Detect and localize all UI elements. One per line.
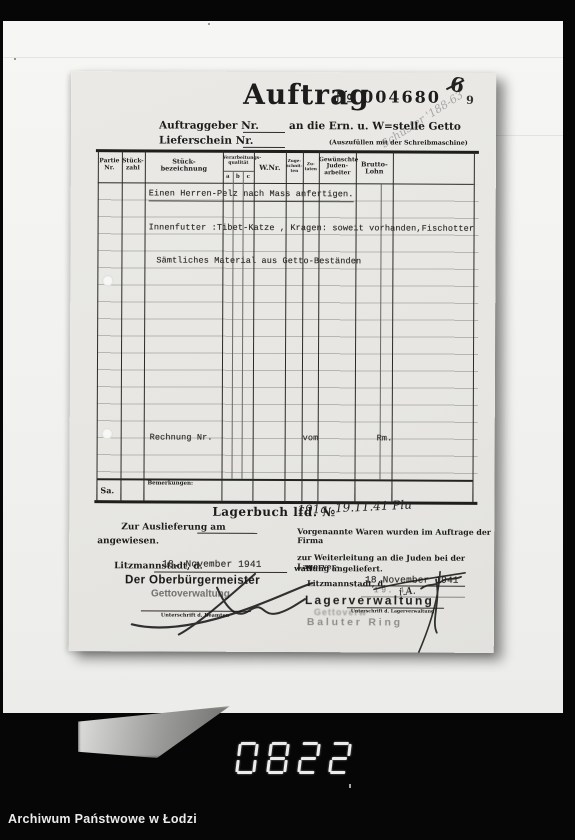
auftraggeber-label: Auftraggeber Nr. [159, 119, 259, 131]
table-vline-footer [143, 478, 144, 501]
table-vline-footer [354, 479, 355, 502]
lieferschein-label: Lieferschein Nr. [159, 134, 254, 146]
right-signature [435, 580, 438, 633]
table-vline-footer [96, 478, 97, 501]
dust-speck [14, 58, 16, 60]
corner-number-small: 9 [466, 94, 474, 107]
photo-stage: Auftrag № 004680 Schuster '188-63 6 9 Au… [0, 0, 575, 840]
counter-digit [266, 742, 290, 774]
col-subheader-a: a [223, 173, 233, 180]
dust-speck [208, 23, 210, 25]
sum-label: Sa. [100, 485, 114, 495]
qual-sub-rule [223, 171, 254, 172]
rechnung-label: Rechnung Nr. [150, 432, 213, 442]
counter-digit [235, 742, 259, 774]
firma-line-3: waltung angeliefert. [294, 564, 383, 573]
left-date-typed: 18. November 1941 [162, 558, 262, 569]
gettoverwaltung-stamp: Gettoverwaltung [151, 588, 230, 599]
left-signature-caption: Unterschrift d. Beamten [161, 612, 229, 618]
baluter-ring-stamp: Baluter Ring [307, 616, 403, 628]
copystand-wedge [78, 706, 230, 758]
col-subheader-c: c [243, 173, 254, 180]
table-vline-footer [472, 480, 473, 503]
col-subheader-b: b [233, 173, 243, 180]
counter-digit [297, 742, 321, 774]
col-header-partie: Partie Nr. [98, 158, 121, 172]
auftraggeber-blank-line [243, 132, 285, 133]
table-bottom-rule [94, 500, 477, 504]
col-header-zugeschnitten: Zuge- schnit- ten [286, 159, 303, 173]
col-header-judenarbeiter: Gewünschte Juden- arbeiter [319, 157, 356, 176]
punch-hole [102, 275, 113, 286]
col-header-wnr: W.Nr. [254, 165, 286, 172]
bemerkungen-label: Bemerkungen: [147, 480, 193, 486]
table-top-rule [96, 149, 479, 153]
table-vline-footer [120, 478, 121, 501]
counter-display [237, 742, 361, 776]
col-header-bezeichnung: Stück- bezeichnung [145, 158, 223, 172]
left-date-line [154, 571, 287, 573]
entry-line-1: Einen Herren-Pelz nach Mass anfertigen. [149, 188, 354, 199]
angewiesen-label: angewiesen. [97, 536, 159, 546]
col-header-zutaten: Zu- taten [303, 162, 319, 172]
punch-hole [102, 428, 113, 439]
rm-label: Rm. [377, 433, 393, 443]
doc-number: № 004680 [335, 87, 441, 106]
col-header-stueckzahl: Stück- zahl [121, 158, 145, 172]
auslieferung-label: Zur Auslieferung am [121, 522, 225, 532]
addressee-text: an die Ern. u. W=stelle Getto [289, 120, 461, 133]
vom-label: vom [303, 433, 319, 443]
entry-line-3: Sämtliches Material aus Getto-Beständen [156, 255, 361, 266]
crease-line [3, 57, 563, 58]
entry-line-1-text: Einen Herren-Pelz nach Mass anfertigen. [149, 188, 354, 201]
counter-speck [349, 784, 351, 788]
document-auftrag: Auftrag № 004680 Schuster '188-63 6 9 Au… [69, 71, 497, 653]
auslieferung-blank-line [197, 533, 257, 534]
ia-handwriting: i.A. [398, 585, 416, 598]
entry-line-2: Innenfutter :Tibet-Katze , Kragen: sowei… [149, 222, 475, 233]
pencil-note: Schuster '188-63 [379, 64, 504, 151]
archive-caption: Archiwum Państwowe w Łodzi [8, 812, 197, 826]
oberbuergermeister-stamp: Der Oberbürgermeister [125, 574, 260, 587]
firma-line-1: Vorgenannte Waren wurden im Auftrage der… [297, 527, 494, 546]
col-header-qualitaet: Verarbeitungs- qualität [223, 156, 254, 167]
right-date-typed: 18.November 1941 [365, 574, 459, 585]
lieferschein-blank-line [243, 147, 285, 148]
right-signature-caption: Unterschrift d. Lagerverwaltung [351, 609, 434, 614]
typewriter-note: (Auszufüllen mit der Schreibmaschine) [329, 139, 468, 147]
counter-digit [328, 742, 352, 774]
col-header-bruttolohn: Brutto- Lohn [356, 161, 393, 175]
